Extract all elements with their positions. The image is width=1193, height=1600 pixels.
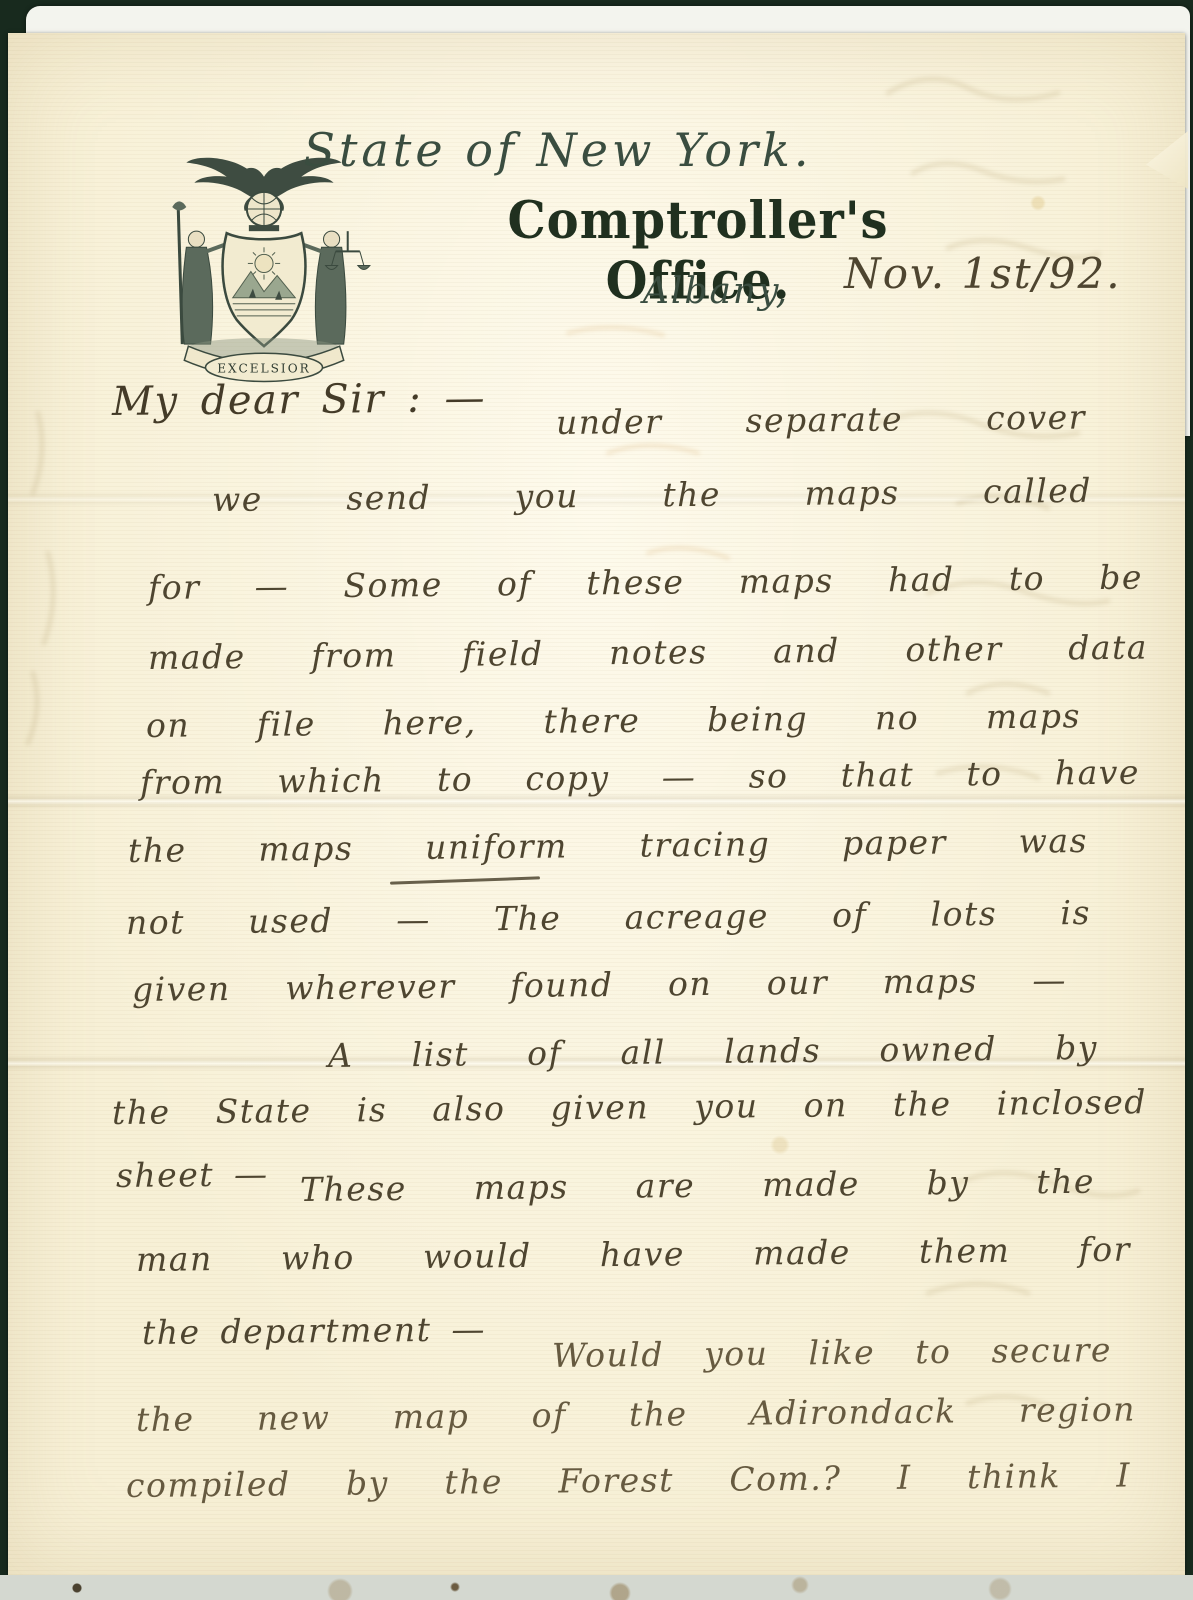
- salutation-line: My dear Sir : —: [112, 376, 486, 424]
- handwritten-line: compiled by the Forest Com.? I think I: [126, 1457, 1131, 1504]
- scanned-letter-page: EXCELSIOR State of New York. Comptroller…: [0, 0, 1193, 1600]
- handwritten-line: the maps uniform tracing paper was: [128, 823, 1088, 869]
- handwritten-line: made from field notes and other data: [148, 630, 1148, 677]
- handwritten-line: for — Some of these maps had to be: [148, 560, 1143, 607]
- handwritten-line: Would you like to secure: [552, 1332, 1112, 1374]
- ny-coat-of-arms: EXCELSIOR: [148, 145, 380, 395]
- globe-icon: [247, 192, 281, 231]
- letterhead-state-line: State of New York.: [266, 123, 850, 177]
- letterhead-place-line: Albany,: [596, 271, 836, 312]
- crest-motto-text: EXCELSIOR: [217, 361, 311, 375]
- letter-paper: EXCELSIOR State of New York. Comptroller…: [8, 33, 1185, 1575]
- handwritten-date: Nov. 1st/92.: [844, 249, 1122, 298]
- liberty-figure: [172, 201, 228, 344]
- handwritten-line: under separate cover: [556, 399, 1086, 441]
- scan-bottom-edge: [0, 1575, 1193, 1600]
- handwritten-line: A list of all lands owned by: [328, 1030, 1098, 1074]
- shield-icon: [223, 233, 306, 346]
- handwritten-line: sheet —: [116, 1156, 269, 1194]
- paper-corner-fold: [1146, 131, 1188, 189]
- handwritten-line: the new map of the Adirondack region: [136, 1392, 1136, 1439]
- handwritten-line: we send you the maps called: [212, 473, 1092, 519]
- handwritten-line: These maps are made by the: [300, 1164, 1095, 1209]
- handwritten-line: not used — The acreage of lots is: [126, 895, 1091, 941]
- handwritten-line: given wherever found on our maps —: [132, 962, 1067, 1008]
- handwritten-line: on file here, there being no maps: [146, 698, 1081, 744]
- handwritten-line: the State is also given you on the inclo…: [112, 1084, 1147, 1131]
- underline-stroke: [390, 876, 540, 884]
- justice-figure: [299, 231, 370, 344]
- handwritten-line: man who would have made them for: [136, 1232, 1131, 1279]
- handwritten-line: the department —: [142, 1311, 486, 1351]
